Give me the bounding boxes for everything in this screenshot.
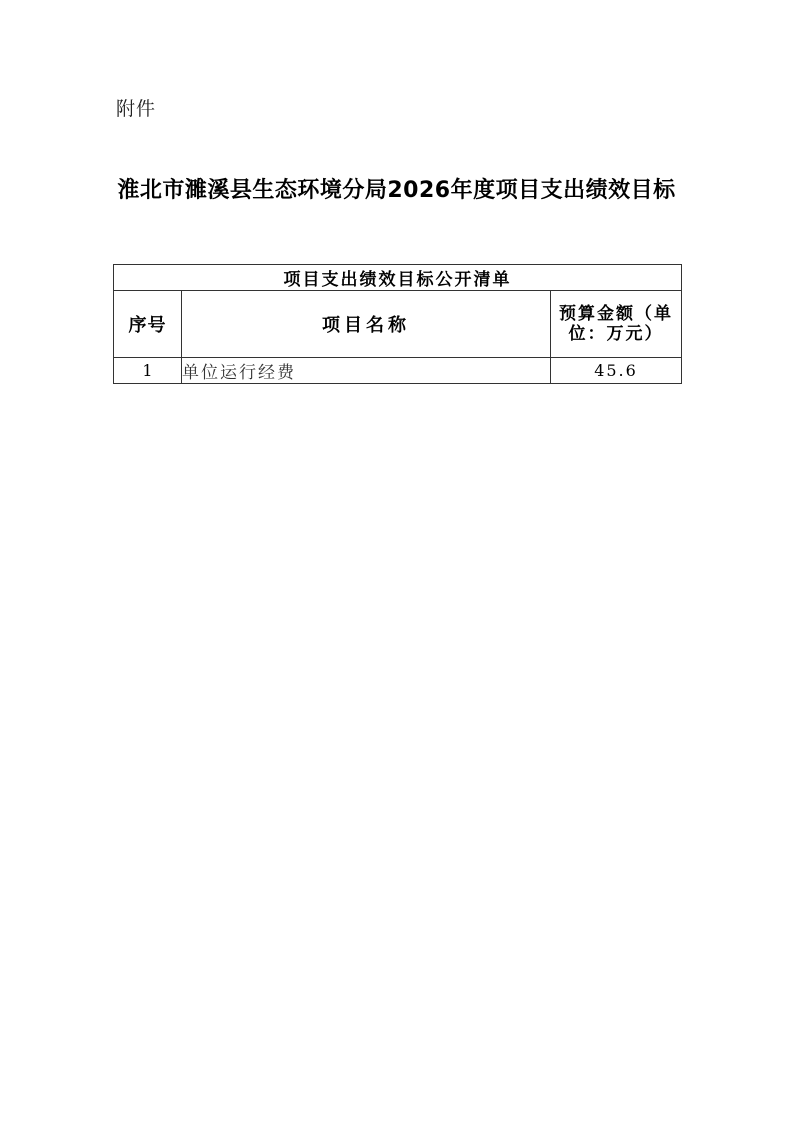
- document-title: 淮北市濉溪县生态环境分局2026年度项目支出绩效目标: [113, 180, 680, 202]
- performance-target-table: 项目支出绩效目标公开清单 序号 项目名称 预算金额（单位：万元） 1 单位运行经…: [113, 264, 682, 384]
- table-header-row: 序号 项目名称 预算金额（单位：万元）: [114, 291, 682, 358]
- cell-name: 单位运行经费: [182, 358, 551, 384]
- header-amount: 预算金额（单位：万元）: [551, 291, 682, 358]
- cell-seq: 1: [114, 358, 182, 384]
- header-name: 项目名称: [182, 291, 551, 358]
- table-caption-row: 项目支出绩效目标公开清单: [114, 265, 682, 291]
- table-row: 1 单位运行经费 45.6: [114, 358, 682, 384]
- cell-amount: 45.6: [551, 358, 682, 384]
- table-caption: 项目支出绩效目标公开清单: [114, 265, 682, 291]
- attachment-label: 附件: [116, 94, 156, 121]
- header-seq: 序号: [114, 291, 182, 358]
